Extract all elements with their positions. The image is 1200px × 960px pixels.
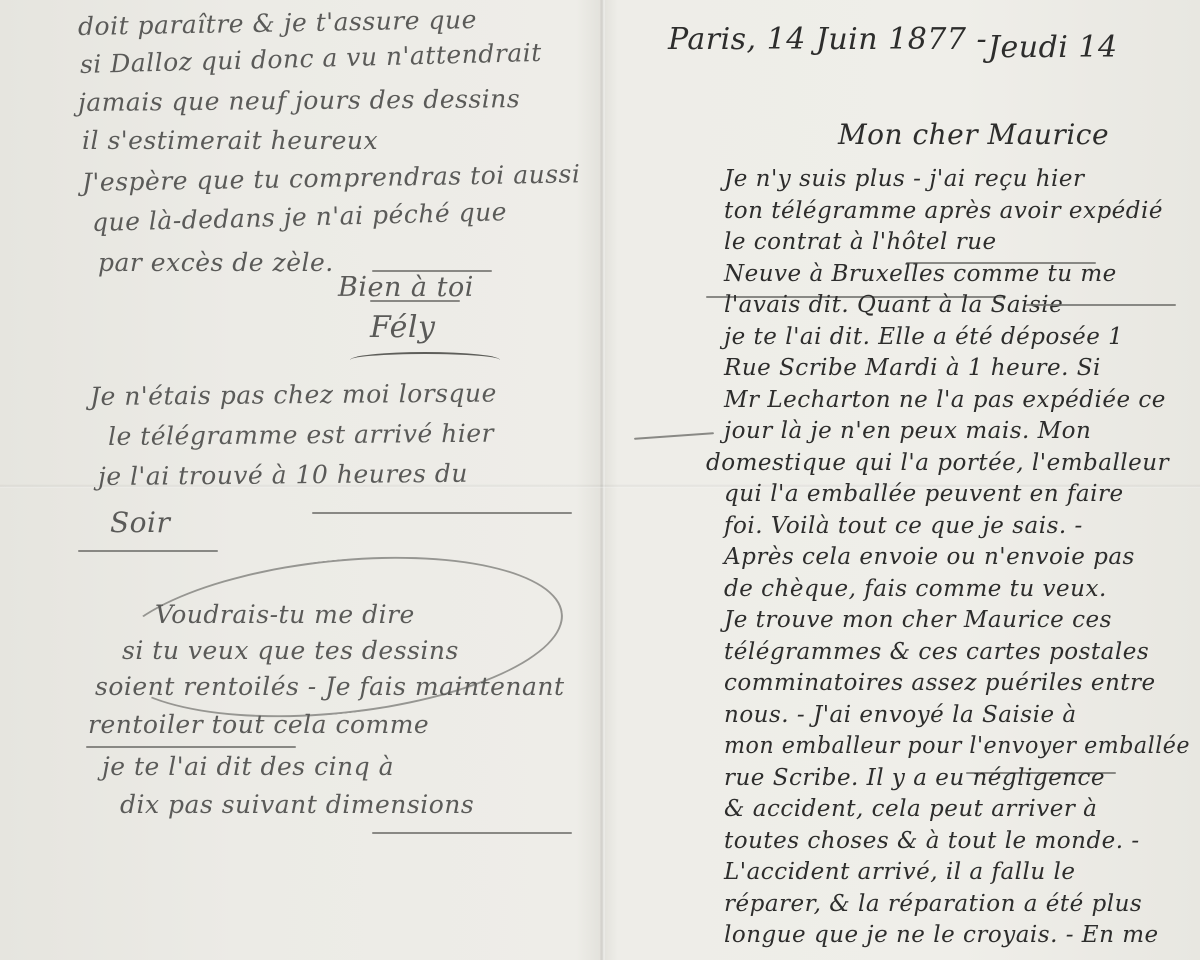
left-line-1: doit paraître & je t'assure que bbox=[78, 5, 477, 41]
body-line-5: l'avais dit. Quant à la Saisie bbox=[724, 292, 1063, 318]
dimensions-underline bbox=[372, 832, 572, 834]
ps1-line-1: Je n'étais pas chez moi lorsque bbox=[90, 378, 497, 411]
body-line-12: foi. Voilà tout ce que je sais. - bbox=[724, 513, 1083, 539]
body-line-8: Mr Lecharton ne l'a pas expédiée ce bbox=[724, 387, 1166, 413]
left-page: doit paraître & je t'assure que si Dallo… bbox=[0, 0, 600, 960]
body-line-23: L'accident arrivé, il a fallu le bbox=[724, 859, 1076, 885]
ps1-line-3: je l'ai trouvé à 10 heures du bbox=[98, 459, 468, 491]
day-label: Jeudi 14 bbox=[988, 30, 1118, 65]
left-line-4-text: il s'estimerait heureux bbox=[82, 126, 378, 155]
signature: Fély bbox=[370, 310, 435, 345]
saisie-underline bbox=[1026, 304, 1176, 306]
body-line-19: mon emballeur pour l'envoyer emballée bbox=[724, 733, 1190, 759]
left-line-3: jamais que neuf jours des dessins bbox=[78, 84, 520, 117]
body-line-6: je te l'ai dit. Elle a été déposée 1 bbox=[724, 324, 1123, 350]
ps2-line-4: rentoiler tout cela comme bbox=[88, 710, 429, 739]
left-line-2: si Dalloz qui donc a vu n'attendrait bbox=[80, 38, 542, 79]
salutation: Mon cher Maurice bbox=[838, 118, 1109, 151]
ps2-underline bbox=[86, 746, 296, 748]
ps2-line-6: dix pas suivant dimensions bbox=[120, 790, 474, 819]
closing: Bien à toi bbox=[338, 272, 474, 303]
signature-flourish bbox=[350, 352, 500, 368]
body-line-14: de chèque, fais comme tu veux. bbox=[724, 576, 1107, 602]
body-line-20: rue Scribe. Il y a eu négligence bbox=[724, 765, 1105, 791]
ps2-line-3: soient rentoilés - Je fais maintenant bbox=[95, 672, 565, 701]
body-line-3: le contrat à l'hôtel rue bbox=[724, 229, 997, 255]
body-line-9: jour là je n'en peux mais. Mon bbox=[724, 418, 1091, 444]
left-line-4: il s'estimerait heureux bbox=[82, 126, 378, 155]
right-page: Paris, 14 Juin 1877 - Jeudi 14 Mon cher … bbox=[606, 0, 1200, 960]
body-line-13: Après cela envoie ou n'envoie pas bbox=[724, 544, 1135, 570]
ps1-underline bbox=[312, 512, 572, 514]
body-line-4: Neuve à Bruxelles comme tu me bbox=[724, 261, 1117, 287]
body-line-21: & accident, cela peut arriver à bbox=[724, 796, 1097, 822]
body-line-22: toutes choses & à tout le monde. - bbox=[724, 828, 1140, 854]
body-line-25: longue que je ne le croyais. - En me bbox=[724, 922, 1159, 948]
signature-overline bbox=[370, 300, 460, 302]
body-line-16: télégrammes & ces cartes postales bbox=[724, 639, 1149, 665]
body-line-7: Rue Scribe Mardi à 1 heure. Si bbox=[724, 355, 1101, 381]
left-line-7: par excès de zèle. bbox=[98, 248, 334, 277]
body-line-15: Je trouve mon cher Maurice ces bbox=[724, 607, 1112, 633]
ps2-line-5: je te l'ai dit des cinq à bbox=[102, 752, 394, 781]
body-line-18: nous. - J'ai envoyé la Saisie à bbox=[724, 702, 1077, 728]
left-line-6: que là-dedans je n'ai péché que bbox=[92, 197, 508, 237]
ps2-line-2: si tu veux que tes dessins bbox=[122, 636, 459, 665]
ps1-line-2: le télégramme est arrivé hier bbox=[108, 419, 494, 451]
body-line-24: réparer, & la réparation a été plus bbox=[724, 891, 1142, 917]
ps1-line-4: Soir bbox=[110, 506, 170, 539]
body-line-2: ton télégramme après avoir expédié bbox=[724, 198, 1163, 224]
body-line-11: qui l'a emballée peuvent en faire bbox=[724, 481, 1124, 507]
body-line-10: domestique qui l'a portée, l'emballeur bbox=[706, 450, 1169, 476]
margin-stroke bbox=[634, 432, 714, 440]
ps1-soir-underline bbox=[78, 550, 218, 552]
body-line-1: Je n'y suis plus - j'ai reçu hier bbox=[724, 166, 1084, 192]
dateline: Paris, 14 Juin 1877 - bbox=[668, 22, 987, 57]
ps2-line-1: Voudrais-tu me dire bbox=[155, 600, 415, 629]
body-line-17: comminatoires assez puériles entre bbox=[724, 670, 1156, 696]
letter-sheet: doit paraître & je t'assure que si Dallo… bbox=[0, 0, 1200, 960]
left-line-5: J'espère que tu comprendras toi aussi bbox=[82, 159, 581, 197]
